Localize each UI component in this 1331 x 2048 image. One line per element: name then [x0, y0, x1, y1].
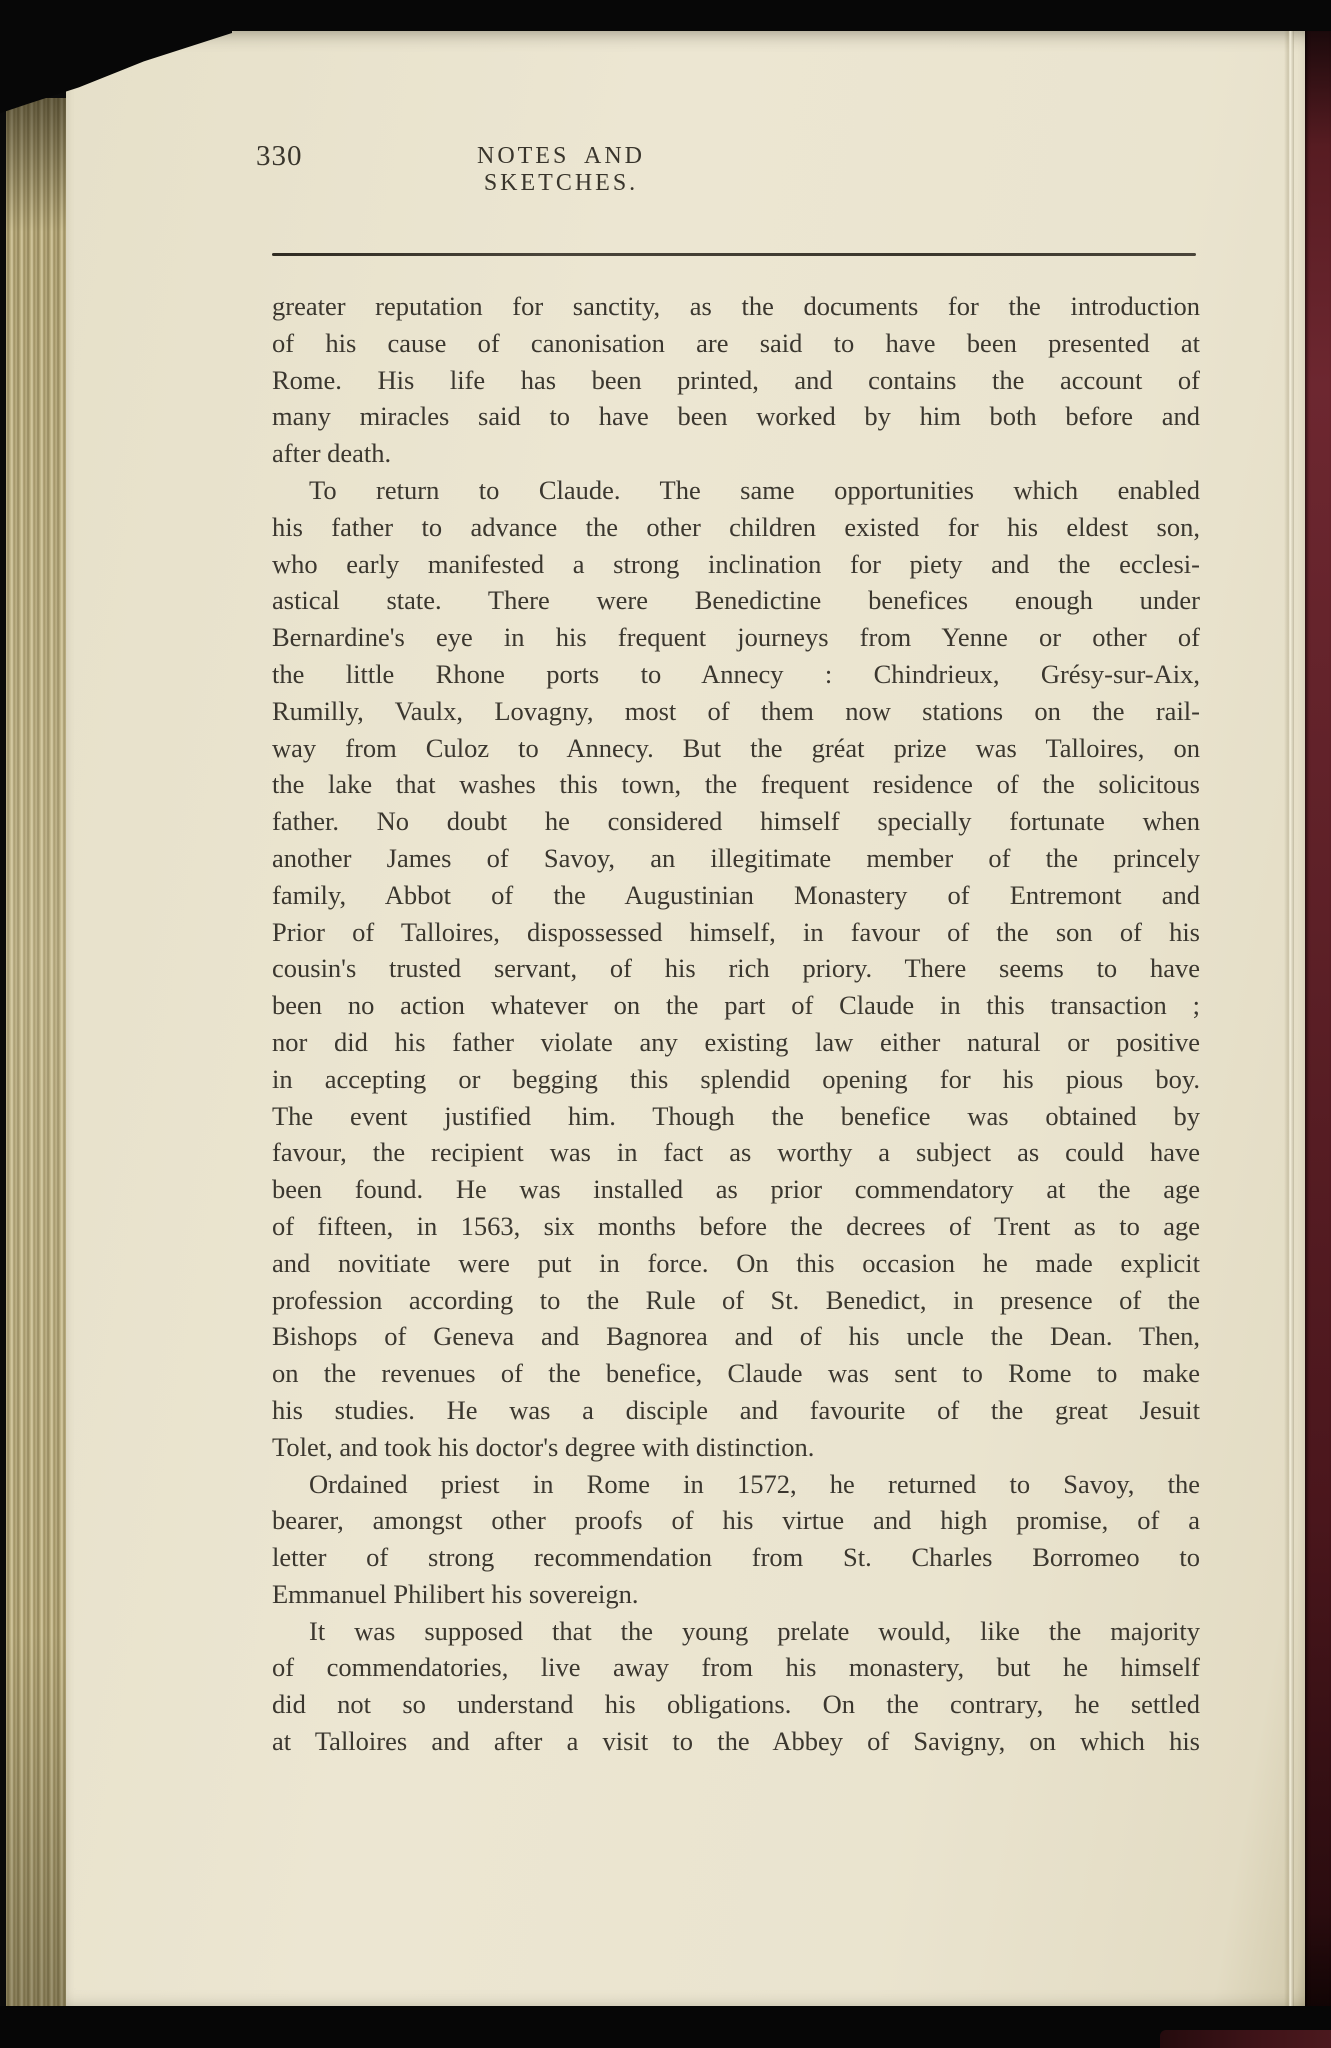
text-line: many miracles said to have been worked b…: [272, 398, 1200, 435]
text-line: The event justified him. Though the bene…: [272, 1098, 1200, 1135]
text-line: of commendatories, live away from his mo…: [272, 1649, 1200, 1686]
text-line: in accepting or begging this splendid op…: [272, 1061, 1200, 1098]
running-header: NOTES AND SKETCHES.: [426, 143, 696, 197]
text-line: and novitiate were put in force. On this…: [272, 1245, 1200, 1282]
text-line: profession according to the Rule of St. …: [272, 1282, 1200, 1319]
text-line: Tolet, and took his doctor's degree with…: [272, 1429, 1200, 1466]
text-line: the little Rhone ports to Annecy : Chind…: [272, 656, 1200, 693]
text-line: been found. He was installed as prior co…: [272, 1171, 1200, 1208]
page-edges-shading: [6, 98, 68, 2016]
text-line: his studies. He was a disciple and favou…: [272, 1392, 1200, 1429]
text-line: favour, the recipient was in fact as wor…: [272, 1134, 1200, 1171]
text-line: been no action whatever on the part of C…: [272, 987, 1200, 1024]
text-line: letter of strong recommendation from St.…: [272, 1539, 1200, 1576]
text-line: Rome. His life has been printed, and con…: [272, 362, 1200, 399]
text-line: It was supposed that the young prelate w…: [272, 1613, 1200, 1650]
book-scan: 330 NOTES AND SKETCHES. greater reputati…: [0, 0, 1331, 2048]
text-line: astical state. There were Benedictine be…: [272, 582, 1200, 619]
book-page: 330 NOTES AND SKETCHES. greater reputati…: [66, 30, 1306, 2012]
text-line: Ordained priest in Rome in 1572, he retu…: [272, 1466, 1200, 1503]
text-line: Rumilly, Vaulx, Lovagny, most of them no…: [272, 693, 1200, 730]
text-line: To return to Claude. The same opportunit…: [272, 472, 1200, 509]
text-line: Prior of Talloires, dispossessed himself…: [272, 914, 1200, 951]
page-number: 330: [256, 140, 303, 173]
text-line: after death.: [272, 435, 1200, 472]
text-line: at Talloires and after a visit to the Ab…: [272, 1723, 1200, 1760]
header-rule: [272, 253, 1196, 256]
page-text: greater reputation for sanctity, as the …: [272, 288, 1200, 1760]
text-line: way from Culoz to Annecy. But the gréat …: [272, 730, 1200, 767]
text-line: father. No doubt he considered himself s…: [272, 803, 1200, 840]
text-line: of his cause of canonisation are said to…: [272, 325, 1200, 362]
book-cover-edge: [1305, 28, 1331, 2012]
text-line: the lake that washes this town, the freq…: [272, 766, 1200, 803]
text-line: who early manifested a strong inclinatio…: [272, 546, 1200, 583]
text-line: Emmanuel Philibert his sovereign.: [272, 1576, 1200, 1613]
book-page-edges: [6, 98, 68, 2016]
text-line: Bishops of Geneva and Bagnorea and of hi…: [272, 1318, 1200, 1355]
text-line: cousin's trusted servant, of his rich pr…: [272, 950, 1200, 987]
text-line: nor did his father violate any existing …: [272, 1024, 1200, 1061]
scan-bottom-band: [0, 2006, 1331, 2048]
page-crease: [1284, 30, 1294, 2012]
book-cover-corner: [1160, 2030, 1331, 2048]
text-line: family, Abbot of the Augustinian Monaste…: [272, 877, 1200, 914]
text-line: bearer, amongst other proofs of his virt…: [272, 1502, 1200, 1539]
text-line: his father to advance the other children…: [272, 509, 1200, 546]
text-line: on the revenues of the benefice, Claude …: [272, 1355, 1200, 1392]
text-line: another James of Savoy, an illegitimate …: [272, 840, 1200, 877]
text-line: greater reputation for sanctity, as the …: [272, 288, 1200, 325]
text-line: of fifteen, in 1563, six months before t…: [272, 1208, 1200, 1245]
text-line: did not so understand his obligations. O…: [272, 1686, 1200, 1723]
text-line: Bernardine's eye in his frequent journey…: [272, 619, 1200, 656]
